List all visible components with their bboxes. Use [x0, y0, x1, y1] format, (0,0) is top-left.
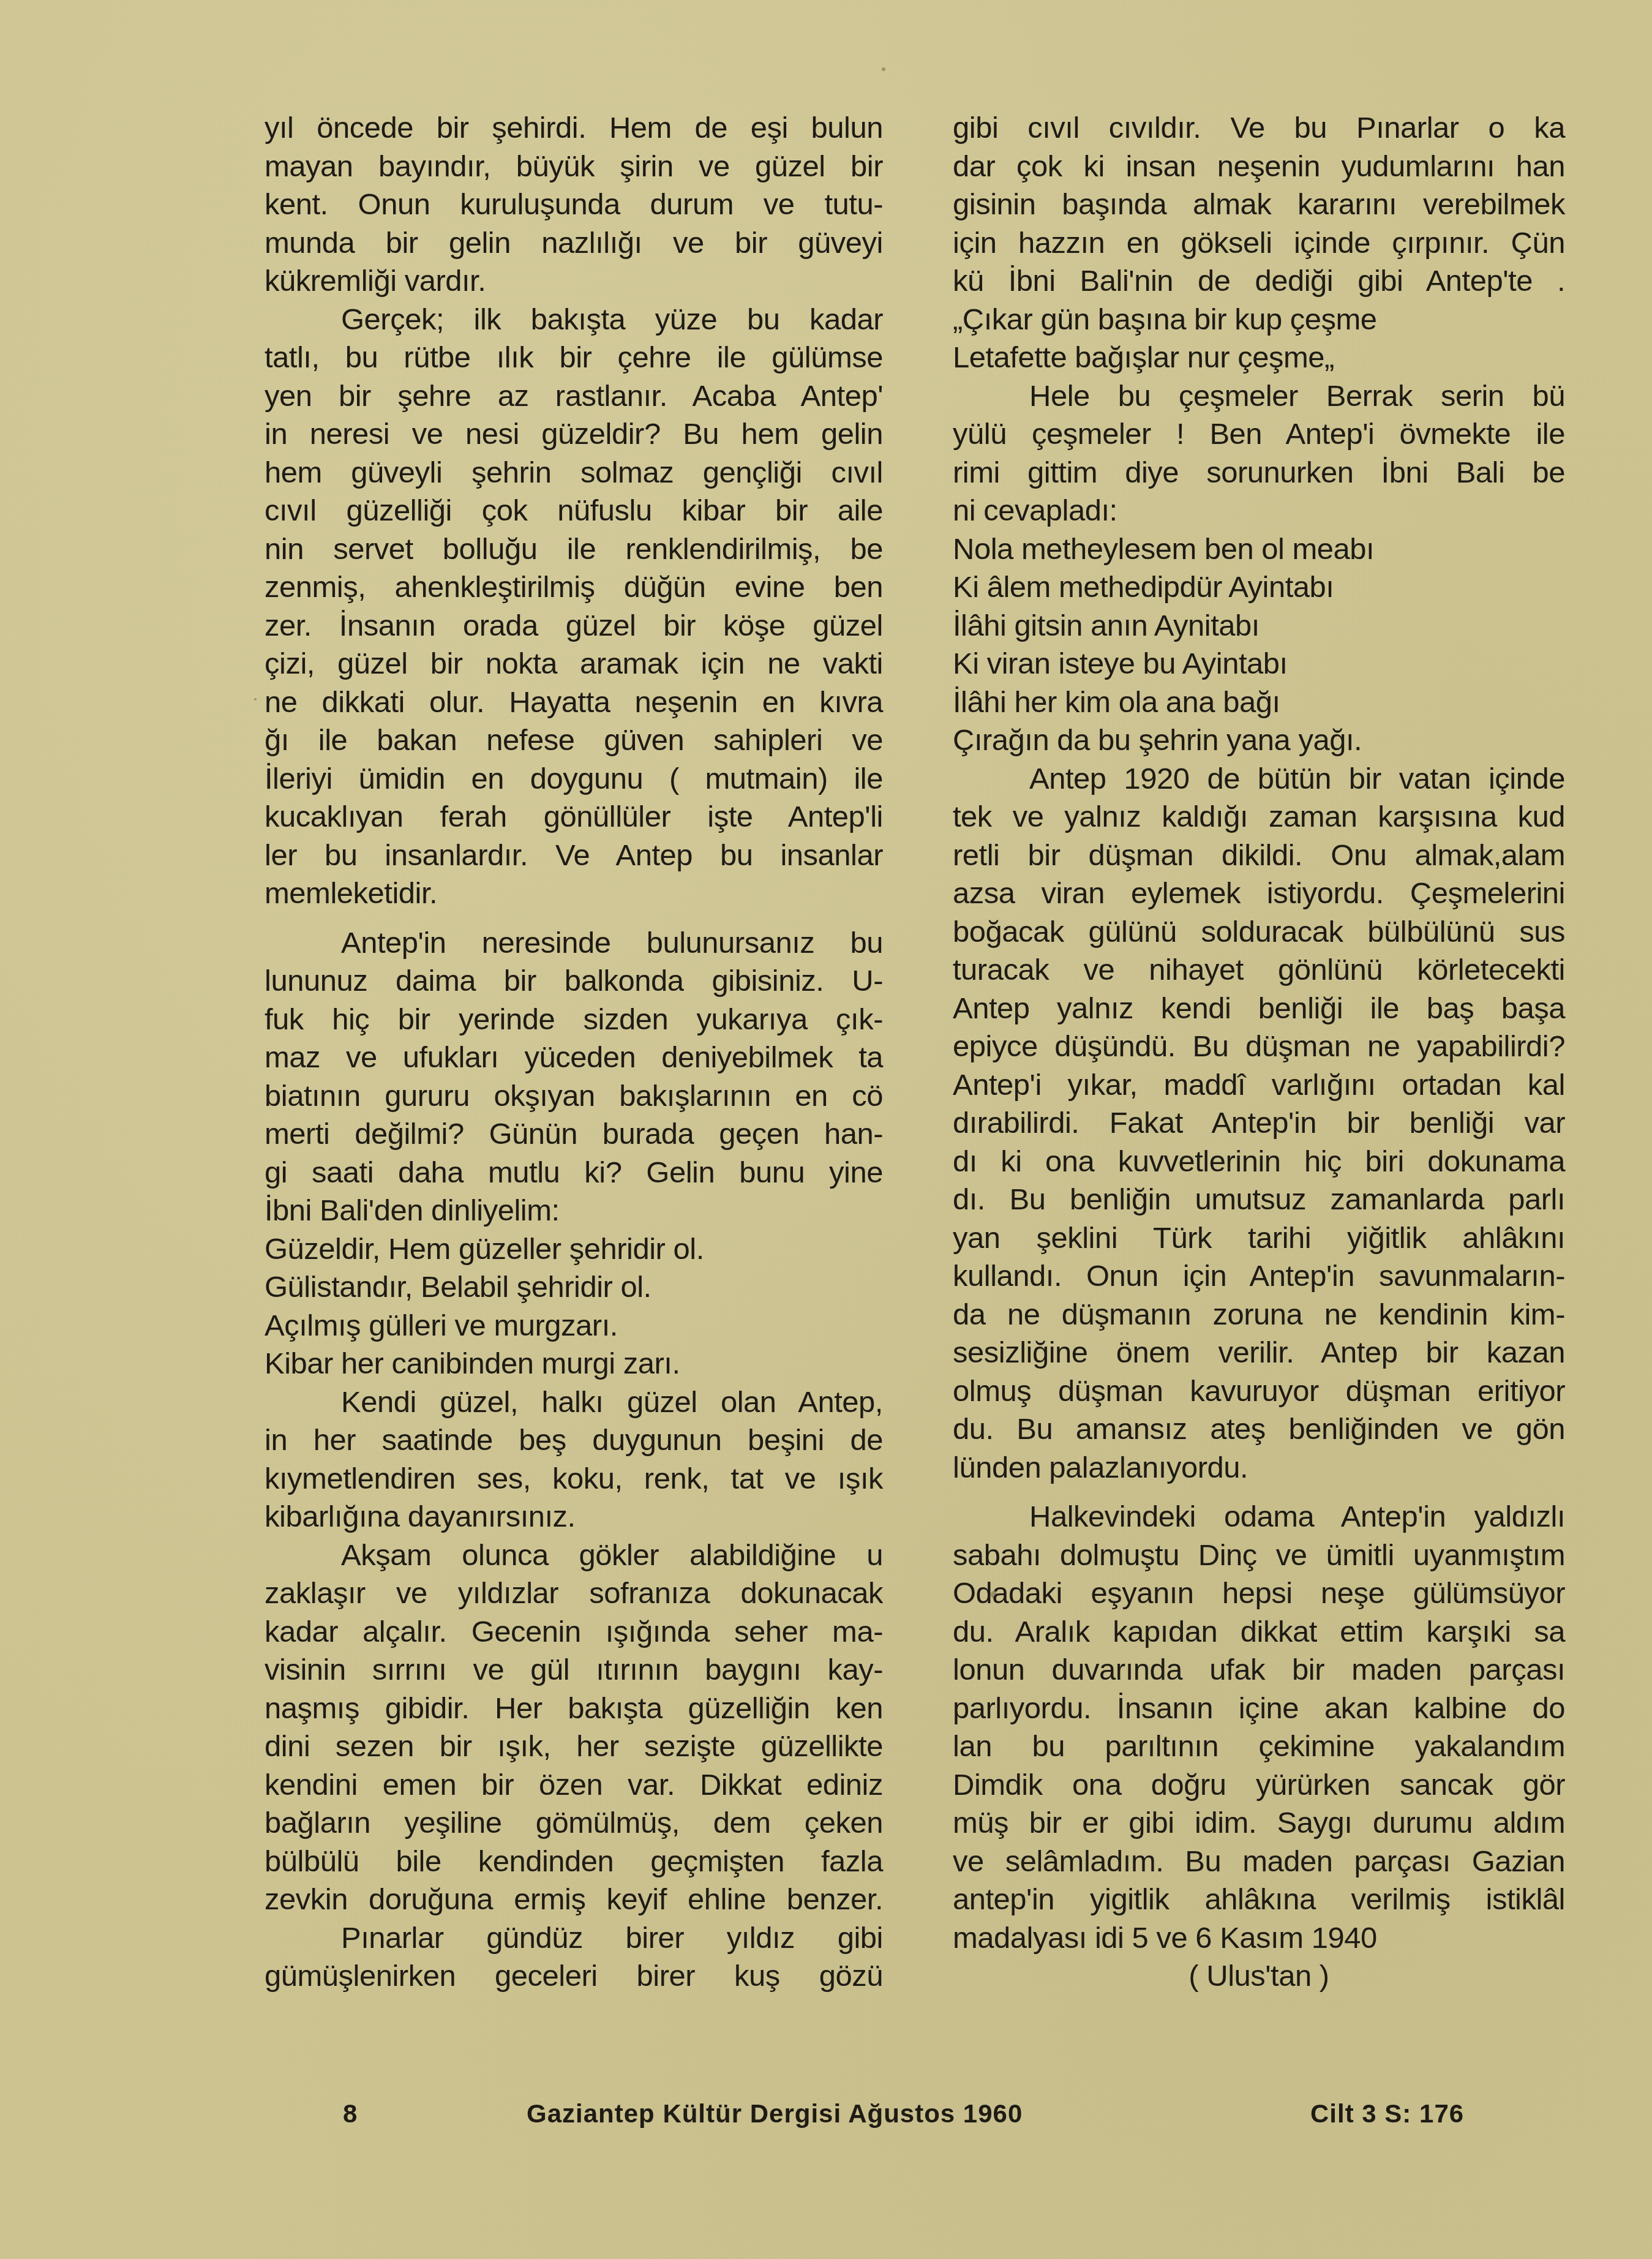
text-line: sabahı dolmuştu Dinç ve ümitli uyanmıştı…: [953, 1536, 1565, 1575]
text-line: gibi cıvıl cıvıldır. Ve bu Pınarlar o ka: [953, 109, 1565, 148]
text-line: memleketidir.: [265, 874, 883, 913]
text-line: Ki viran isteye bu Ayintabı: [953, 645, 1565, 683]
text-line: yıl öncede bir şehirdi. Hem de eşi bulun: [265, 109, 883, 148]
text-line: kendini emen bir özen var. Dikkat ediniz: [265, 1766, 883, 1805]
text-line: ni cevapladı:: [953, 492, 1565, 530]
text-line: zaklaşır ve yıldızlar sofranıza dokunaca…: [265, 1574, 883, 1613]
text-line: in neresi ve nesi güzeldir? Bu hem gelin: [265, 415, 883, 454]
text-line: gümüşlenirken geceleri birer kuş gözü: [265, 1957, 883, 1996]
text-line: Antep'in neresinde bulunursanız bu: [265, 924, 883, 963]
text-line: dı ki ona kuvvetlerinin hiç biri dokunam…: [953, 1143, 1565, 1181]
text-line: kıymetlendiren ses, koku, renk, tat ve ı…: [265, 1460, 883, 1498]
text-line: İbni Bali'den dinliyelim:: [265, 1192, 883, 1230]
paragraph-gap: [265, 913, 883, 924]
text-line: munda bir gelin nazlılığı ve bir güveyi: [265, 224, 883, 263]
text-line: olmuş düşman kavuruyor düşman eritiyor: [953, 1372, 1565, 1411]
text-line: Kibar her canibinden murgi zarı.: [265, 1345, 883, 1383]
text-line: in her saatinde beş duygunun beşini de: [265, 1421, 883, 1460]
text-line: yan şeklini Türk tarihi yiğitlik ahlâkın…: [953, 1219, 1565, 1258]
text-line: Nola metheylesem ben ol meabı: [953, 530, 1565, 569]
text-line: „Çıkar gün başına bir kup çeşme: [953, 301, 1565, 339]
text-line: dırabilirdi. Fakat Antep'in bir benliği …: [953, 1104, 1565, 1143]
text-line: naşmış gibidir. Her bakışta güzelliğin k…: [265, 1690, 883, 1728]
page-number: 8: [343, 2099, 527, 2129]
text-line: parlıyordu. İnsanın içine akan kalbine d…: [953, 1690, 1565, 1728]
text-line: Antep'i yıkar, maddî varlığını ortadan k…: [953, 1066, 1565, 1105]
text-line: turacak ve nihayet gönlünü körletecekti: [953, 951, 1565, 990]
text-line: Akşam olunca gökler alabildiğine u: [265, 1536, 883, 1575]
text-line: lununuz daima bir balkonda gibisiniz. U-: [265, 962, 883, 1001]
article-column-right: gibi cıvıl cıvıldır. Ve bu Pınarlar o ka…: [953, 109, 1565, 1996]
text-line: kibarlığına dayanırsınız.: [265, 1498, 883, 1536]
paper-speck: [254, 698, 257, 701]
text-line: ler bu insanlardır. Ve Antep bu insanlar: [265, 836, 883, 875]
text-line: gi saati daha mutlu ki? Gelin bunu yine: [265, 1154, 883, 1192]
magazine-title-date: Gaziantep Kültür Dergisi Ağustos 1960: [527, 2099, 1310, 2129]
magazine-page: yıl öncede bir şehirdi. Hem de eşi bulun…: [0, 0, 1652, 2259]
text-line: mayan bayındır, büyük şirin ve güzel bir: [265, 148, 883, 186]
text-line: ğı ile bakan nefese güven sahipleri ve: [265, 721, 883, 760]
article-source: ( Ulus'tan ): [953, 1957, 1565, 1996]
text-line: Güzeldir, Hem güzeller şehridir ol.: [265, 1230, 883, 1269]
text-line: lünden palazlanıyordu.: [953, 1449, 1565, 1487]
article-column-left: yıl öncede bir şehirdi. Hem de eşi bulun…: [265, 109, 883, 1996]
text-line: azsa viran eylemek istiyordu. Çeşmelerin…: [953, 874, 1565, 913]
text-line: kent. Onun kuruluşunda durum ve tutu-: [265, 186, 883, 224]
text-line: madalyası idi 5 ve 6 Kasım 1940: [953, 1919, 1565, 1958]
text-line: zevkin doruğuna ermiş keyif ehline benze…: [265, 1881, 883, 1919]
text-line: bülbülü bile kendinden geçmişten fazla: [265, 1843, 883, 1881]
text-line: kucaklıyan ferah gönüllüler işte Antep'l…: [265, 798, 883, 836]
text-line: Çırağın da bu şehrin yana yağı.: [953, 721, 1565, 760]
text-line: İlâhi her kim ola ana bağı: [953, 683, 1565, 722]
text-line: Gülistandır, Belabil şehridir ol.: [265, 1268, 883, 1307]
text-line: İleriyi ümidin en doygunu ( mutmain) ile: [265, 760, 883, 799]
text-line: yen bir şehre az rastlanır. Acaba Antep': [265, 377, 883, 416]
text-line: Letafette bağışlar nur çeşme„: [953, 339, 1565, 377]
text-line: Ki âlem methedipdür Ayintabı: [953, 568, 1565, 607]
text-line: zer. İnsanın orada güzel bir köşe güzel: [265, 607, 883, 645]
page-footer: 8 Gaziantep Kültür Dergisi Ağustos 1960 …: [343, 2099, 1580, 2129]
text-line: antep'in yigitlik ahlâkına verilmiş isti…: [953, 1881, 1565, 1919]
paragraph-gap: [953, 1487, 1565, 1498]
text-line: Gerçek; ilk bakışta yüze bu kadar: [265, 301, 883, 339]
text-line: Antep 1920 de bütün bir vatan içinde: [953, 760, 1565, 799]
text-line: gisinin başında almak kararını verebilme…: [953, 186, 1565, 224]
text-line: müş bir er gibi idim. Saygı durumu aldım: [953, 1804, 1565, 1843]
text-line: boğacak gülünü solduracak bülbülünü sus: [953, 913, 1565, 952]
text-line: Dimdik ona doğru yürürken sancak gör: [953, 1766, 1565, 1805]
text-line: dı. Bu benliğin umutsuz zamanlarda parlı: [953, 1181, 1565, 1219]
text-line: tek ve yalnız kaldığı zaman karşısına ku…: [953, 798, 1565, 836]
text-line: Hele bu çeşmeler Berrak serin bü: [953, 377, 1565, 416]
text-line: yülü çeşmeler ! Ben Antep'i övmekte ile: [953, 415, 1565, 454]
text-line: Antep yalnız kendi benliği ile baş başa: [953, 990, 1565, 1028]
text-line: du. Bu amansız ateş benliğinden ve gön: [953, 1410, 1565, 1449]
text-line: biatının gururu okşıyan bakışlarının en …: [265, 1077, 883, 1116]
text-line: Odadaki eşyanın hepsi neşe gülümsüyor: [953, 1574, 1565, 1613]
text-line: İlâhi gitsin anın Aynitabı: [953, 607, 1565, 645]
text-line: fuk hiç bir yerinde sizden yukarıya çık-: [265, 1001, 883, 1039]
text-line: bağların yeşiline gömülmüş, dem çeken: [265, 1804, 883, 1843]
text-line: maz ve ufukları yüceden deniyebilmek ta: [265, 1039, 883, 1077]
volume-issue: Cilt 3 S: 176: [1310, 2099, 1580, 2129]
text-line: dini sezen bir ışık, her sezişte güzelli…: [265, 1727, 883, 1766]
text-line: cıvıl güzelliği çok nüfuslu kibar bir ai…: [265, 492, 883, 530]
paper-speck: [991, 1591, 997, 1598]
text-line: kadar alçalır. Gecenin ışığında seher ma…: [265, 1613, 883, 1652]
paper-speck: [882, 67, 885, 71]
text-line: çizi, güzel bir nokta aramak için ne vak…: [265, 645, 883, 683]
text-line: zenmiş, ahenkleştirilmiş düğün evine ben: [265, 568, 883, 607]
text-line: retli bir düşman dikildi. Onu almak,alam: [953, 836, 1565, 875]
text-line: visinin sırrını ve gül ıtırının baygını …: [265, 1651, 883, 1690]
text-line: ne dikkati olur. Hayatta neşenin en kıvr…: [265, 683, 883, 722]
text-line: sesizliğine önem verilir. Antep bir kaza…: [953, 1334, 1565, 1372]
text-line: nin servet bolluğu ile renklendirilmiş, …: [265, 530, 883, 569]
text-line: lonun duvarında ufak bir maden parçası: [953, 1651, 1565, 1690]
text-line: dar çok ki insan neşenin yudumlarını han: [953, 148, 1565, 186]
text-line: Açılmış gülleri ve murgzarı.: [265, 1307, 883, 1345]
text-line: lan bu parıltının çekimine yakalandım: [953, 1727, 1565, 1766]
text-line: kü İbni Bali'nin de dediği gibi Antep'te…: [953, 262, 1565, 301]
text-line: Pınarlar gündüz birer yıldız gibi: [265, 1919, 883, 1958]
text-line: du. Aralık kapıdan dikkat ettim karşıki …: [953, 1613, 1565, 1652]
text-line: kullandı. Onun için Antep'in savunmaları…: [953, 1257, 1565, 1296]
text-line: Kendi güzel, halkı güzel olan Antep,: [265, 1383, 883, 1422]
text-line: Halkevindeki odama Antep'in yaldızlı: [953, 1498, 1565, 1536]
text-line: hem güveyli şehrin solmaz gençliği cıvıl: [265, 454, 883, 492]
text-line: tatlı, bu rütbe ılık bir çehre ile gülüm…: [265, 339, 883, 377]
text-line: ve selâmladım. Bu maden parçası Gazian: [953, 1843, 1565, 1881]
text-line: merti değilmi? Günün burada geçen han-: [265, 1115, 883, 1154]
text-line: da ne düşmanın zoruna ne kendinin kim-: [953, 1296, 1565, 1334]
text-line: epiyce düşündü. Bu düşman ne yapabilirdi…: [953, 1028, 1565, 1066]
text-line: rimi gittim diye sorunurken İbni Bali be: [953, 454, 1565, 492]
text-line: için hazzın en gökseli içinde çırpınır. …: [953, 224, 1565, 263]
text-line: kükremliği vardır.: [265, 262, 883, 301]
